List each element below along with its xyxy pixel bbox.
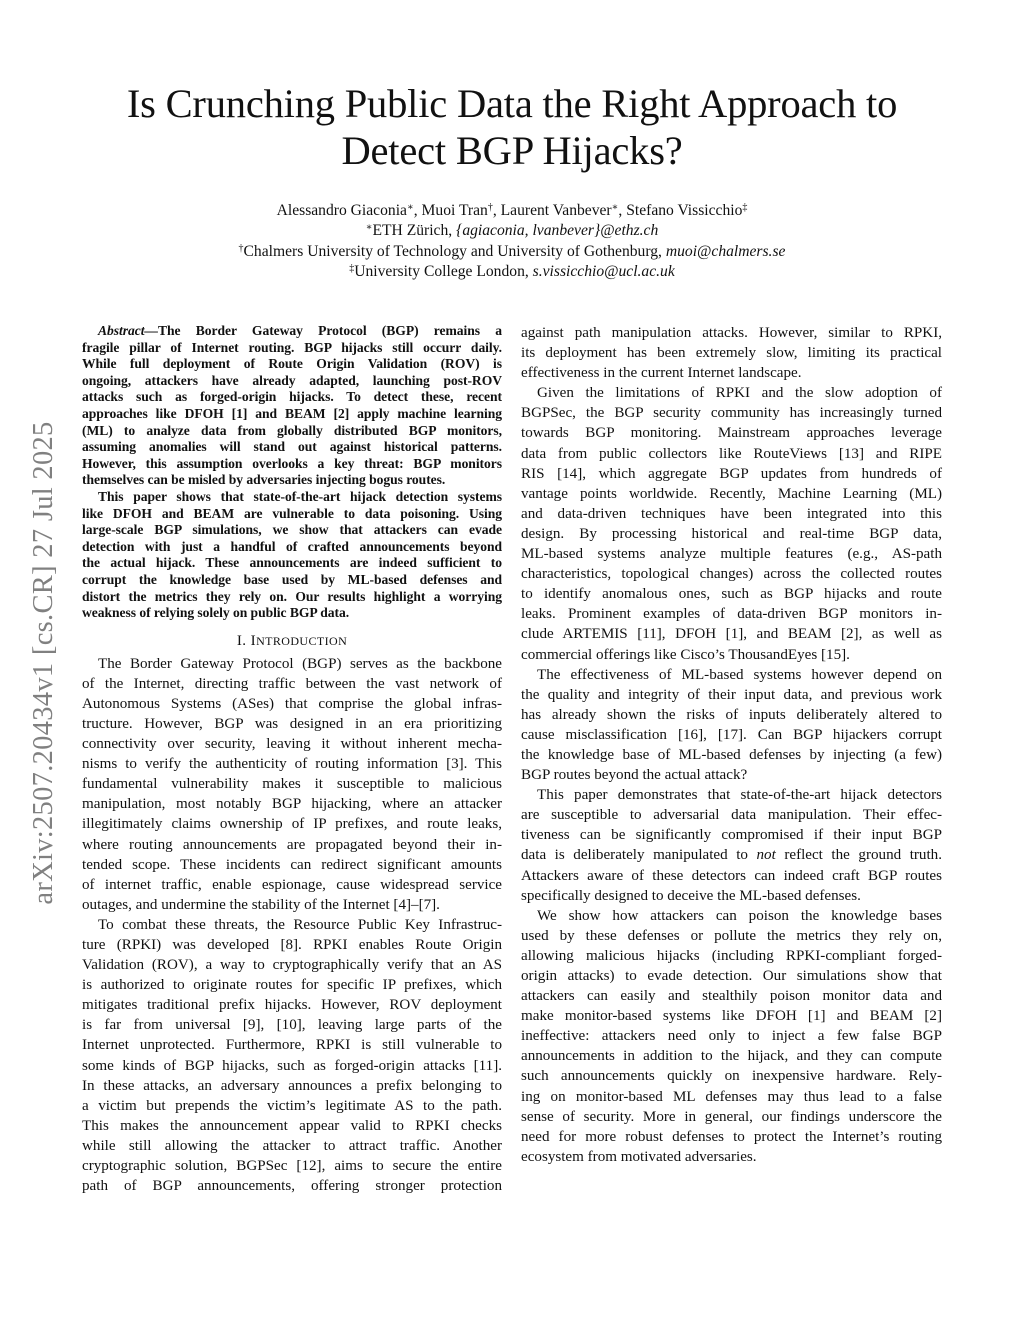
- affiliation-mark: ∗: [612, 202, 619, 213]
- text-line: of internet traffic, enable espionage, c…: [82, 875, 502, 895]
- introduction-body-right: against path manipulation attacks. Howev…: [521, 323, 942, 1167]
- introduction-body-left: The Border Gateway Protocol (BGP) serves…: [82, 654, 502, 1197]
- left-column: Abstract—The Border Gateway Protocol (BG…: [82, 323, 502, 1196]
- author-block: Alessandro Giaconia∗, Muoi Tran†, Lauren…: [0, 201, 1024, 282]
- text-line: large-scale BGP simulations, we show tha…: [82, 522, 502, 539]
- text-line: a victim but prepends the victim’s legit…: [82, 1096, 502, 1116]
- paper-title: Is Crunching Public Data the Right Appro…: [0, 80, 1024, 174]
- arxiv-stamp: arXiv:2507.20434v1 [cs.CR] 27 Jul 2025: [14, 375, 74, 950]
- text-line: need for more robust defenses to protect…: [521, 1127, 942, 1147]
- abstract-label: Abstract—: [98, 323, 158, 338]
- text-line: make monitor-based systems like DFOH [1]…: [521, 1006, 942, 1026]
- text-line: Autonomous Systems (ASes) that comprise …: [82, 694, 502, 714]
- text-line: data from public collectors like RouteVi…: [521, 444, 942, 464]
- text-line: ture (RPKI) was developed [8]. RPKI enab…: [82, 935, 502, 955]
- text-line: nisms to verify the authenticity of rout…: [82, 754, 502, 774]
- text-line: leaks. Prominent examples of data-driven…: [521, 604, 942, 624]
- text-line: specifically designed to deceive the ML-…: [521, 886, 942, 906]
- text-line: tructure. However, BGP was designed in a…: [82, 714, 502, 734]
- title-line-1: Is Crunching Public Data the Right Appro…: [0, 80, 1024, 127]
- author-name: Stefano Vissicchio: [626, 202, 742, 219]
- text-line: To combat these threats, the Resource Pu…: [82, 915, 502, 935]
- email-link[interactable]: {agiaconia, lvanbever}@ethz.ch: [456, 222, 658, 239]
- text-line: against path manipulation attacks. Howev…: [521, 323, 942, 343]
- text-line: While full deployment of Route Origin Va…: [82, 356, 502, 373]
- text-line: illegitimately claims ownership of IP pr…: [82, 814, 502, 834]
- text-line: corrupt the knowledge base used by ML-ba…: [82, 572, 502, 589]
- text-line: Validation (ROV), a way to cryptographic…: [82, 955, 502, 975]
- text-line: ecosystem from motivated adversaries.: [521, 1147, 942, 1167]
- text-line: clude ARTEMIS [11], DFOH [1], and BEAM […: [521, 624, 942, 644]
- text-line: ing on monitor-based ML defenses may thu…: [521, 1087, 942, 1107]
- text-line: (ML) to analyze data from globally distr…: [82, 423, 502, 440]
- text-line: Internet unprotected. Furthermore, RPKI …: [82, 1035, 502, 1055]
- abstract: Abstract—The Border Gateway Protocol (BG…: [82, 323, 502, 622]
- text-line: This makes the announcement appear valid…: [82, 1116, 502, 1136]
- text-line: while still allowing the attacker to att…: [82, 1136, 502, 1156]
- affiliation-mark: ∗: [407, 202, 414, 213]
- text-line: vantage points worldwide. Recently, Mach…: [521, 484, 942, 504]
- text-line: BGP routes beyond the actual attack?: [521, 765, 942, 785]
- text-line: fragile pillar of Internet routing. BGP …: [82, 340, 502, 357]
- text-line: commercial offerings like Cisco’s Thousa…: [521, 645, 942, 665]
- text-line: Attackers aware of these detectors can i…: [521, 866, 942, 886]
- text-line: data is deliberately manipulated to not …: [521, 845, 942, 865]
- text-line: This paper demonstrates that state-of-th…: [521, 785, 942, 805]
- text-line: attacks such as forged-origin hijacks. T…: [82, 389, 502, 406]
- text-line: the actual hijack. These announcements a…: [82, 555, 502, 572]
- text-line: approaches like DFOH [1] and BEAM [2] ap…: [82, 406, 502, 423]
- text-line: However, this assumption overlooks a key…: [82, 456, 502, 473]
- title-line-2: Detect BGP Hijacks?: [0, 127, 1024, 174]
- text-line: outages, and undermine the stability of …: [82, 895, 502, 915]
- text-line: effectiveness in the current Internet la…: [521, 363, 942, 383]
- text-line: the quality and integrity of their input…: [521, 685, 942, 705]
- text-line: tended scope. These incidents can redire…: [82, 855, 502, 875]
- section-heading-introduction: I. INTRODUCTION: [82, 628, 502, 654]
- text-line: is far from universal [9], [10], leaving…: [82, 1015, 502, 1035]
- email-link[interactable]: s.vissicchio@ucl.ac.uk: [533, 263, 675, 280]
- text-line: connectivity over security, leaving it w…: [82, 734, 502, 754]
- author-name: Alessandro Giaconia: [277, 202, 407, 219]
- text-line: the knowledge base of ML-based defenses …: [521, 745, 942, 765]
- text-line: The Border Gateway Protocol (BGP) serves…: [82, 654, 502, 674]
- text-line: ineffective: attackers need only to inje…: [521, 1026, 942, 1046]
- text-line: weakness of relying solely on public BGP…: [82, 605, 502, 622]
- text-line: RIS [14], which aggregate BGP updates fr…: [521, 464, 942, 484]
- affiliation-mark: ‡: [742, 202, 747, 213]
- author-name: Muoi Tran: [422, 202, 488, 219]
- text-line: tiveness can be significantly compromise…: [521, 825, 942, 845]
- text-line: In these attacks, an adversary announces…: [82, 1076, 502, 1096]
- text-line: such announcements quickly on inexpensiv…: [521, 1066, 942, 1086]
- text-line: detection with just a handful of crafted…: [82, 539, 502, 556]
- text-line: assuming anomalies will stand out agains…: [82, 439, 502, 456]
- text-line: where routing announcements are propagat…: [82, 835, 502, 855]
- text-line: The effectiveness of ML-based systems ho…: [521, 665, 942, 685]
- text-line: Abstract—The Border Gateway Protocol (BG…: [82, 323, 502, 340]
- text-line: distort the metrics they rely on. Our re…: [82, 589, 502, 606]
- arxiv-stamp-text: arXiv:2507.20434v1 [cs.CR] 27 Jul 2025: [28, 421, 60, 904]
- text-line: characteristics, topological changes) ac…: [521, 564, 942, 584]
- text-line: origin attacks) to evade detection. Our …: [521, 966, 942, 986]
- author-list: Alessandro Giaconia∗, Muoi Tran†, Lauren…: [0, 201, 1024, 221]
- text-line: This paper shows that state-of-the-art h…: [82, 489, 502, 506]
- text-line: used by these defenses or pollute the me…: [521, 926, 942, 946]
- text-line: attackers can easily and stealthily pois…: [521, 986, 942, 1006]
- text-line: towards BGP monitoring. Mainstream appro…: [521, 423, 942, 443]
- text-line: of the Internet, directing traffic betwe…: [82, 674, 502, 694]
- text-line: Given the limitations of RPKI and the sl…: [521, 383, 942, 403]
- text-line: themselves can be misled by adversaries …: [82, 472, 502, 489]
- text-line: is authorized to originate routes for sp…: [82, 975, 502, 995]
- text-line: We show how attackers can poison the kno…: [521, 906, 942, 926]
- email-link[interactable]: muoi@chalmers.se: [666, 243, 786, 260]
- text-line: sense of security. More in general, our …: [521, 1107, 942, 1127]
- text-line: some kinds of BGP hijacks, such as forge…: [82, 1056, 502, 1076]
- author-name: Laurent Vanbever: [501, 202, 612, 219]
- text-line: ML-based systems analyze multiple featur…: [521, 544, 942, 564]
- affiliation-mark: †: [488, 202, 493, 213]
- text-line: ongoing, attackers have already adapted,…: [82, 373, 502, 390]
- text-line: has already shown the risks of inputs de…: [521, 705, 942, 725]
- text-line: design. By processing historical and rea…: [521, 524, 942, 544]
- affiliation-eth: ∗ETH Zürich, {agiaconia, lvanbever}@ethz…: [0, 221, 1024, 241]
- text-line: path of BGP announcements, offering stro…: [82, 1176, 502, 1196]
- text-line: allowing malicious hijacks (including RP…: [521, 946, 942, 966]
- text-line: mitigates traditional prefix hijacks. Ho…: [82, 995, 502, 1015]
- text-line: manipulation, most notably BGP hijacking…: [82, 794, 502, 814]
- text-line: BGPSec, the BGP security community has i…: [521, 403, 942, 423]
- text-line: announcements in addition to the hijack,…: [521, 1046, 942, 1066]
- text-line: fundamental vulnerability makes it susce…: [82, 774, 502, 794]
- text-line: and data-driven techniques have been int…: [521, 504, 942, 524]
- text-line: like DFOH and BEAM are vulnerable to dat…: [82, 506, 502, 523]
- right-column: against path manipulation attacks. Howev…: [521, 323, 942, 1167]
- text-line: cryptographic solution, BGPSec [12], aim…: [82, 1156, 502, 1176]
- text-line: its deployment has been extremely slow, …: [521, 343, 942, 363]
- affiliation-chalmers: †Chalmers University of Technology and U…: [0, 242, 1024, 262]
- affiliation-ucl: ‡University College London, s.vissicchio…: [0, 262, 1024, 282]
- text-line: cause misclassification [16], [17]. Can …: [521, 725, 942, 745]
- text-line: are susceptible to adversarial data mani…: [521, 805, 942, 825]
- text-line: to identify anomalous ones, such as BGP …: [521, 584, 942, 604]
